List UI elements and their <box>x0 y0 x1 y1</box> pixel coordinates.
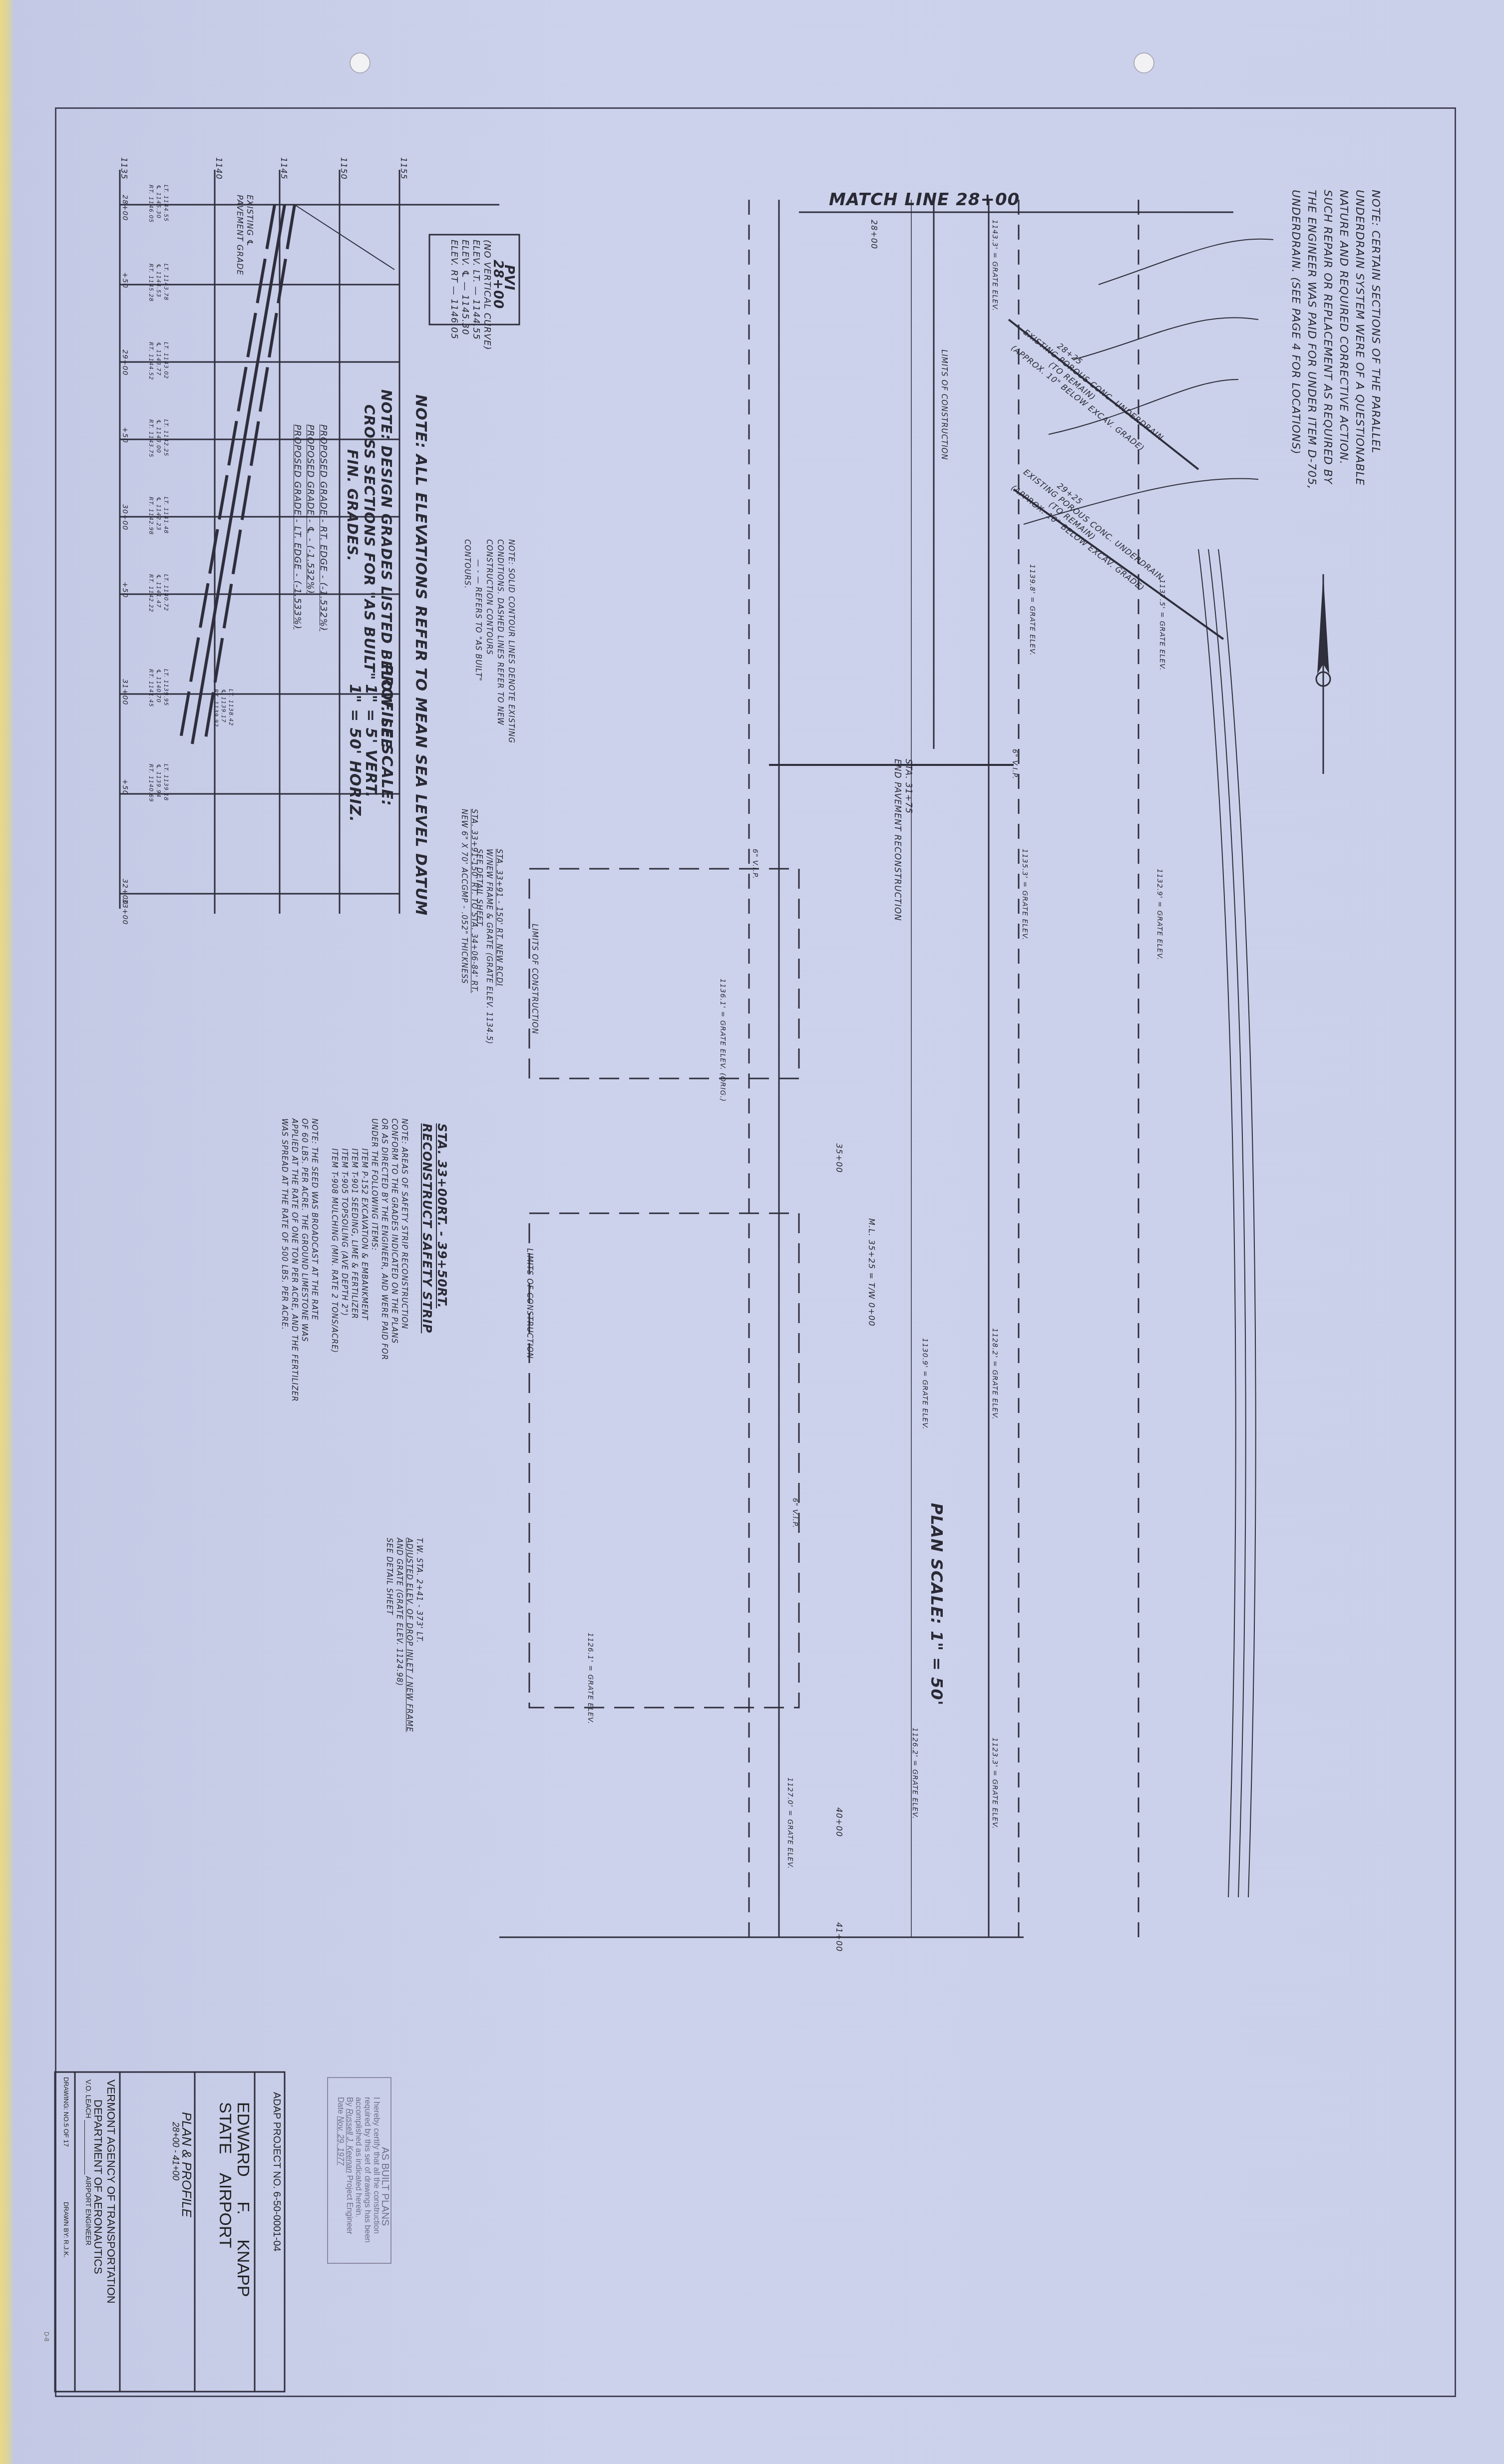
limits-of-construction-label: LIMITS OF CONSTRUCTION <box>530 924 539 1034</box>
note-line: NOTE: SOLID CONTOUR LINES DENOTE EXISTIN… <box>506 539 517 743</box>
note-line: SEE DETAIL SHEET <box>384 1538 394 1732</box>
station-label: +50 <box>121 272 129 289</box>
note-line: NOTE: AREAS OF SAFETY STRIP RECONSTRUCTI… <box>399 1118 409 1360</box>
note-line: CONDITIONS. DASHED LINES REFER TO NEW <box>495 539 506 743</box>
elev-cl: ℄ 1144.53 <box>155 264 162 302</box>
note-line: ITEM T-905 TOPSOILING (AVE DEPTH 2") <box>340 1118 350 1360</box>
signature: Russell J. Keenan <box>345 2109 354 2173</box>
grate-elev-label: 1143.3' = GRATE ELEV. <box>991 220 999 311</box>
match-line-label: MATCH LINE 28+00 <box>829 190 1020 210</box>
note-line: WAS SPREAD AT THE RATE OF 500 LBS. PER A… <box>280 1118 290 1402</box>
note-line: T.W. STA. 2+41 - 373' LT. <box>414 1538 424 1732</box>
drop-inlet-note: T.W. STA. 2+41 - 373' LT. ADJUSTED ELEV.… <box>384 1538 424 1732</box>
engineer: V.O. LEACH ______________ AIRPORT ENGINE… <box>84 2080 92 2245</box>
elev-lt: LT. 1143.78 <box>162 264 170 302</box>
drawn-by: DRAWN BY: R.J.K. <box>62 2202 70 2257</box>
engineer-name: V.O. LEACH <box>84 2080 92 2118</box>
existing-grade-label: EXISTING ℄ PAVEMENT GRADE <box>235 195 255 276</box>
grade-legend: PROPOSED GRADE - RT. EDGE - (-1.532%) PR… <box>291 424 330 631</box>
note-line: — - — REFERS TO "AS BUILT" <box>473 539 484 743</box>
grate-elev-label: 1130.9' = GRATE ELEV. <box>921 1338 929 1429</box>
elev-cl: ℄ 1142.23 <box>155 497 162 535</box>
elev-lt: LT. 1144.55 <box>162 185 170 223</box>
elev-lt: LT. 1140.72 <box>162 574 170 613</box>
elev-rt: RT. 1144.52 <box>147 342 155 380</box>
note-line: PROFILE SCALE: <box>378 664 394 822</box>
underdrain-note: NOTE: CERTAIN SECTIONS OF THE PARALLEL U… <box>1287 190 1383 489</box>
legend-centerline: PROPOSED GRADE - ℄ - (-1.532%) <box>304 424 317 631</box>
note-line: UNDERDRAIN. (SEE PAGE 4 FOR LOCATIONS) <box>1287 190 1303 489</box>
note-line: CONSTRUCTION CONTOURS <box>484 539 495 743</box>
tw-match-line: M.L. 35+25 = T/W 0+00 <box>867 1218 876 1327</box>
legend-lt-edge: PROPOSED GRADE - LT. EDGE - (-1.533%) <box>291 424 304 631</box>
pipe-label: 6" V.I.P. <box>791 1498 799 1528</box>
plan-station: 35+00 <box>834 1143 844 1173</box>
elev-cl: ℄ 1145.30 <box>155 185 162 223</box>
note-line: NEW 6" X 70' ACCGMP - .052" THICKNESS <box>459 809 469 993</box>
elev-lt: LT. 1143.02 <box>162 342 170 380</box>
station-label: +50 <box>121 582 129 598</box>
elev-cl: ℄ 1141.47 <box>155 574 162 613</box>
station-label: 31+00 <box>121 679 129 705</box>
note-line: RECONSTRUCT SAFETY STRIP <box>419 1123 434 1333</box>
pipe-label: 6" V.I.P. <box>751 849 759 879</box>
profile-scale: PROFILE SCALE: 1" = 5' VERT. 1" = 50' HO… <box>347 664 394 822</box>
note-line: ITEM T-901 SEEDING, LIME & FERTILIZER <box>350 1118 360 1360</box>
plan-station: 40+00 <box>834 1807 844 1837</box>
note-line: NOTE: CERTAIN SECTIONS OF THE PARALLEL <box>1367 190 1383 489</box>
pvi-elev-cl: ELEV. ℄ — 1145.30 <box>459 240 470 350</box>
station-label: +50 <box>121 779 129 795</box>
pipe-label: 6" V.I.P. <box>1011 749 1019 779</box>
stamp-line: required by this set of drawings has bee… <box>363 2097 372 2243</box>
sheet-code: D-8 <box>43 2332 50 2341</box>
grate-elev-label: 1132.9' = GRATE ELEV. <box>1155 869 1163 960</box>
note-line: CONTOURS. <box>462 539 473 743</box>
station-label: +50 <box>121 427 129 443</box>
stamp-line: I hereby certify that all the constructi… <box>372 2097 380 2243</box>
elev-tick: 1135 <box>119 157 129 180</box>
note-line: APPLIED AT THE RATE OF ONE TON PER ACRE,… <box>290 1118 300 1402</box>
elev-rt: RT. 1139.92 <box>212 689 220 727</box>
station-elevs: LT. 1141.48℄ 1142.23RT. 1142.98 <box>147 497 170 535</box>
elev-tick: 1155 <box>399 157 408 180</box>
station-elevs: LT. 1142.25℄ 1143.00RT. 1143.75 <box>147 419 170 458</box>
note-line: PAVEMENT GRADE <box>235 195 245 276</box>
plan-station: 41+00 <box>834 1922 844 1952</box>
limits-of-construction-label: LIMITS OF CONSTRUCTION <box>940 350 949 460</box>
stamp-line: accomplished as indicated herein. <box>354 2097 363 2243</box>
stamp-date: Nov. 29, 1977 <box>336 2116 345 2165</box>
note-line: THE ENGINEER WAS PAID FOR UNDER ITEM D-7… <box>1303 190 1319 489</box>
note-line: AND GRATE (GRATE ELEV. 1124.98) <box>394 1538 404 1732</box>
end-pavement-note: STA. 31+75 END PAVEMENT RECONSTRUCTION <box>892 759 914 921</box>
note-line: STA. 31+75 <box>903 759 914 921</box>
elev-cl: ℄ 1139.94 <box>155 764 162 802</box>
grate-elev-label: 1135.3' = GRATE ELEV. <box>1021 849 1029 940</box>
grate-elev-label: 1139.8' = GRATE ELEV. <box>1028 564 1036 656</box>
station-elevs: LT. 1143.78℄ 1144.53RT. 1145.28 <box>147 264 170 302</box>
station-elevs: LT. 1144.55℄ 1145.30RT. 1146.05 <box>147 185 170 223</box>
north-arrow-icon <box>1308 574 1338 774</box>
accgmp-note: STA. 33+91-150' RT. TO STA. 34+06-84' RT… <box>459 809 479 993</box>
station-elevs: LT. 1138.42℄ 1139.17RT. 1139.92 <box>212 689 235 727</box>
elev-rt: RT. 1142.22 <box>147 574 155 613</box>
stamp-date-line: Date Nov. 29, 1977 <box>336 2097 345 2243</box>
elev-rt: RT. 1140.69 <box>147 764 155 802</box>
airport-line1: EDWARD F. KNAPP <box>234 2102 252 2297</box>
grate-elev-label: 1126.2' = GRATE ELEV. <box>911 1728 919 1819</box>
project-number: ADAP PROJECT NO. 6-50-0001-04 <box>271 2092 282 2251</box>
note-line: W/NEW FRAME & GRATE (GRATE ELEV. 1134.5) <box>484 849 494 1045</box>
elev-lt: LT. 1139.18 <box>162 764 170 802</box>
elev-lt: LT. 1139.95 <box>162 669 170 707</box>
plan-scale: PLAN SCALE: 1" = 50' <box>927 1503 946 1706</box>
elev-rt: RT. 1143.75 <box>147 419 155 458</box>
pvi-box: PVI 28+00 (NO VERTICAL CURVE) ELEV. LT. … <box>448 240 514 350</box>
stamp-signature-line: By Russell J. Keenan Project Engineer <box>345 2097 354 2243</box>
note-line: NATURE AND REQUIRED CORRECTIVE ACTION. <box>1335 190 1351 489</box>
grate-elev-label: 1136.1' = GRATE ELEV. (ORIG.) <box>719 979 727 1102</box>
elev-lt: LT. 1142.25 <box>162 419 170 458</box>
elev-rt: RT. 1142.98 <box>147 497 155 535</box>
note-line: CONFORM TO THE GRADES INDICATED ON THE P… <box>389 1118 399 1360</box>
note-line: 1" = 5' VERT. <box>363 664 378 822</box>
elev-cl: ℄ 1143.77 <box>155 342 162 380</box>
note-line: ITEM T-908 MULCHING (MIN. RATE 2 TONS/AC… <box>330 1118 340 1360</box>
grate-elev-label: 1123.3' = GRATE ELEV. <box>991 1738 999 1829</box>
elev-lt: LT. 1141.48 <box>162 497 170 535</box>
note-line: SUCH REPAIR OR REPLACEMENT AS REQUIRED B… <box>1319 190 1335 489</box>
grate-elev-label: 1137.5' = GRATE ELEV. <box>1158 579 1166 671</box>
note-line: STA. 33+00RT. - 39+50RT. <box>434 1123 449 1333</box>
plan-station: 28+00 <box>869 220 879 249</box>
stamp-title: AS BUILT PLANS <box>380 2097 389 2243</box>
note-line: 1" = 50' HORIZ. <box>347 664 363 822</box>
grate-elev-label: 1128.2' = GRATE ELEV. <box>991 1328 999 1419</box>
elev-tick: 1150 <box>339 157 349 180</box>
elev-cl: ℄ 1143.00 <box>155 419 162 458</box>
drawing-sheet: NOTE: CERTAIN SECTIONS OF THE PARALLEL U… <box>0 0 1504 2464</box>
seed-note: NOTE: THE SEED WAS BROADCAST AT THE RATE… <box>280 1118 320 1402</box>
date-label: Date <box>336 2097 345 2114</box>
note-line: EXISTING ℄ <box>245 195 255 276</box>
pvi-elev-lt: ELEV. LT. — 1144.55 <box>470 240 481 350</box>
station-elevs: LT. 1139.95℄ 1140.70RT. 1141.45 <box>147 669 170 707</box>
note-line: ITEM P-152 EXCAVATION & EMBANKMENT <box>360 1118 370 1360</box>
elev-rt: RT. 1141.45 <box>147 669 155 707</box>
limits-of-construction-label: LIMITS OF CONSTRUCTION <box>525 1248 534 1359</box>
grate-elev-label: 1127.0' = GRATE ELEV. <box>786 1777 794 1869</box>
drawing-number: DRAWING: NO.5 OF 17 <box>62 2077 70 2147</box>
elev-lt: LT. 1138.42 <box>227 689 235 727</box>
as-built-stamp-text: AS BUILT PLANS I hereby certify that all… <box>336 2097 389 2243</box>
airport-name: EDWARD F. KNAPP STATE AIRPORT <box>216 2102 252 2297</box>
role: Project Engineer <box>345 2175 354 2234</box>
note-line: END PAVEMENT RECONSTRUCTION <box>892 759 903 921</box>
plan-profile-linework <box>0 0 1504 2464</box>
elev-tick: 1145 <box>279 157 289 180</box>
station-label: 33+00 <box>121 899 129 925</box>
station-elevs: LT. 1140.72℄ 1141.47RT. 1142.22 <box>147 574 170 613</box>
safety-strip-title: STA. 33+00RT. - 39+50RT. RECONSTRUCT SAF… <box>419 1123 449 1333</box>
note-line: NOTE: THE SEED WAS BROADCAST AT THE RATE <box>310 1118 320 1402</box>
sheet-title-text: PLAN & PROFILE <box>181 2112 192 2217</box>
note-line: OF 60 LBS. PER ACRE. THE GROUND LIMESTON… <box>300 1118 310 1402</box>
contour-note: NOTE: SOLID CONTOUR LINES DENOTE EXISTIN… <box>462 539 517 743</box>
elev-cl: ℄ 1139.17 <box>220 689 227 727</box>
agency: VERMONT AGENCY OF TRANSPORTATION DEPARTM… <box>91 2080 117 2304</box>
pvi-station: 28+00 <box>492 240 503 350</box>
agency-line2: DEPARTMENT OF AERONAUTICS <box>91 2080 104 2304</box>
station-label: 30+00 <box>121 504 129 530</box>
station-elevs: LT. 1139.18℄ 1139.94RT. 1140.69 <box>147 764 170 802</box>
pvi-subtitle: (NO VERTICAL CURVE) <box>481 240 492 350</box>
legend-rt-edge: PROPOSED GRADE - RT. EDGE - (-1.532%) <box>317 424 330 631</box>
by-label: By <box>345 2097 354 2107</box>
elev-rt: RT. 1146.05 <box>147 185 155 223</box>
grate-elev-label: 1126.1' = GRATE ELEV. <box>586 1633 594 1724</box>
note-line: OR AS DIRECTED BY THE ENGINEER, AND WERE… <box>379 1118 389 1360</box>
datum-note: NOTE: ALL ELEVATIONS REFER TO MEAN SEA L… <box>412 394 429 916</box>
elev-tick: 1140 <box>214 157 224 180</box>
engineer-title: AIRPORT ENGINEER <box>84 2176 92 2245</box>
agency-line1: VERMONT AGENCY OF TRANSPORTATION <box>104 2080 117 2304</box>
note-line: STA. 33+91-150' RT. TO STA. 34+06-84' RT… <box>469 809 479 993</box>
pvi-elev-rt: ELEV. RT — 1146.05 <box>448 240 459 350</box>
note-line: STA. 33+91 - 150' RT. NEW RCDI <box>494 849 504 1045</box>
elev-cl: ℄ 1140.70 <box>155 669 162 707</box>
safety-strip-note: NOTE: AREAS OF SAFETY STRIP RECONSTRUCTI… <box>330 1118 409 1360</box>
station-label: 29+00 <box>121 350 129 375</box>
station-label: 28+00 <box>121 195 129 221</box>
elev-rt: RT. 1145.28 <box>147 264 155 302</box>
station-elevs: LT. 1143.02℄ 1143.77RT. 1144.52 <box>147 342 170 380</box>
note-line: ADJUSTED ELEV. OF DROP INLET / NEW FRAME <box>404 1538 414 1732</box>
sheet-title: PLAN & PROFILE 28+00 - 41+00 <box>170 2112 192 2217</box>
airport-line2: STATE AIRPORT <box>216 2102 234 2297</box>
note-line: UNDERDRAIN SYSTEM WERE OF A QUESTIONABLE <box>1351 190 1367 489</box>
note-line: UNDER THE FOLLOWING ITEMS: <box>370 1118 379 1360</box>
